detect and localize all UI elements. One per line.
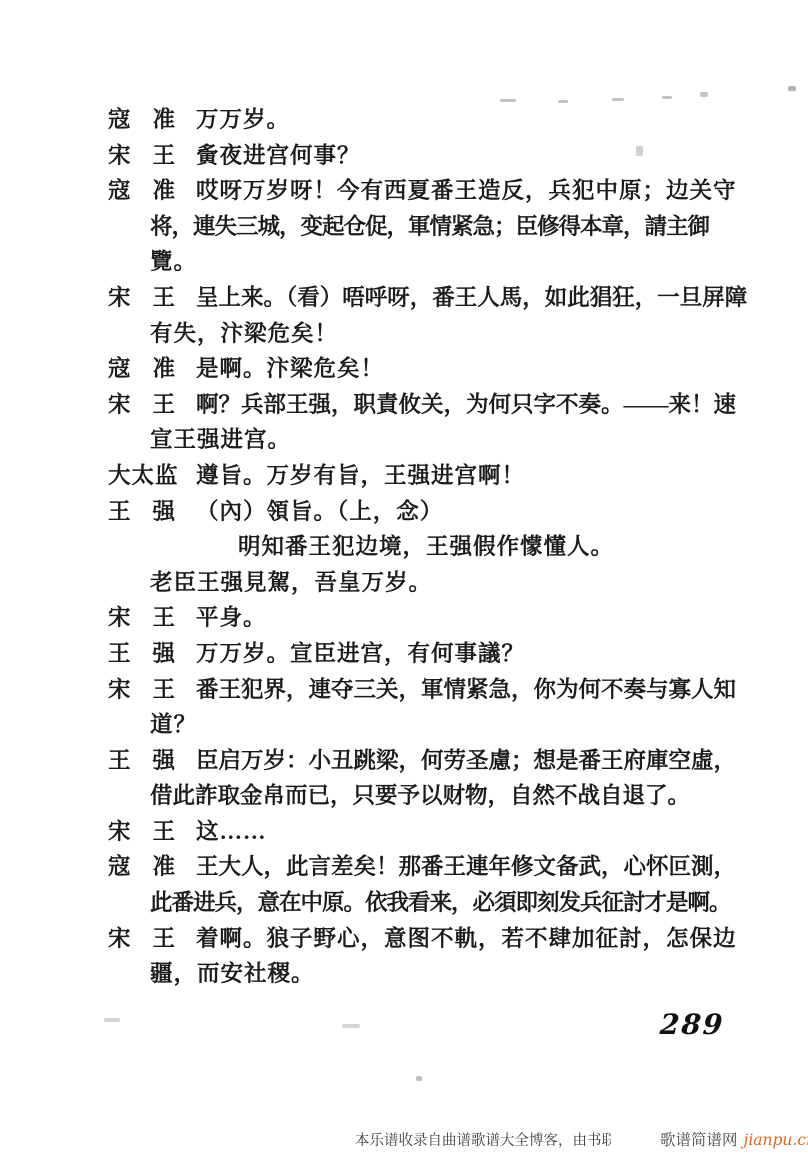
script-lines: 寇准万万岁。宋王夤夜进宫何事？寇准哎呀万岁呀！今有西夏番王造反，兵犯中原；边关守…: [0, 102, 808, 992]
speaker-name: 王强: [108, 636, 176, 672]
scan-artifact: [104, 1018, 120, 1022]
dialogue-text: 哎呀万岁呀！今有西夏番王造反，兵犯中原；边关守: [196, 173, 737, 209]
watermark-source-text: 本乐谱收录自曲谱歌谱大全博客，由书: [355, 1129, 602, 1150]
watermark-bar: 本乐谱收录自曲谱歌谱大全博客，由书联 歌谱简谱网jianpu.cn: [0, 1126, 808, 1150]
dialogue-text: 夤夜进宫何事？: [196, 138, 361, 174]
speaker-name: 寇准: [108, 351, 176, 387]
dialogue-text: 着啊。狼子野心，意图不軌，若不肆加征討，怎保边: [196, 921, 737, 957]
dialogue-text: 宣王强进宫。: [150, 422, 291, 458]
speaker-name: 大太监: [108, 458, 176, 494]
dialogue-text: 遵旨。万岁有旨，王强进宫啊！: [196, 458, 525, 494]
watermark-source-note: 本乐谱收录自曲谱歌谱大全博客，由书联: [355, 1129, 611, 1150]
scan-artifact: [700, 92, 708, 97]
page-number: 289: [659, 1008, 726, 1041]
dialogue-text: 老臣王强見駕，吾皇万岁。: [150, 565, 432, 601]
speaker-name: 宋王: [108, 814, 176, 850]
dialogue-text: 万万岁。宣臣进宫，有何事議？: [196, 636, 525, 672]
dialogue-text: 呈上来。（看）唔呼呀，番王人馬，如此猖狂，一旦屏障: [196, 280, 747, 316]
dialogue-text: 是啊。汴梁危矣！: [196, 351, 384, 387]
script-line: 覽。: [0, 244, 808, 280]
speaker-name: 寇准: [108, 849, 176, 885]
dialogue-text: 平身。: [196, 600, 267, 636]
scan-artifact: [612, 98, 624, 101]
dialogue-text: 啊？兵部王强，职責攸关，为何只字不奏。——来！速: [196, 387, 736, 423]
dialogue-text: 这……: [196, 814, 267, 850]
scan-artifact: [662, 96, 672, 99]
watermark-site: 歌谱简谱网jianpu.cn: [660, 1128, 808, 1150]
scan-artifact: [788, 86, 796, 91]
dialogue-text: 番王犯界，連夺三关，軍情紧急，你为何不奏与寡人知: [196, 672, 736, 708]
speaker-name: 宋王: [108, 921, 176, 957]
script-line: 宋王夤夜进宫何事？: [0, 138, 808, 174]
scanned-script-page: 寇准万万岁。宋王夤夜进宫何事？寇准哎呀万岁呀！今有西夏番王造反，兵犯中原；边关守…: [0, 0, 808, 1158]
script-line: 宋王呈上来。（看）唔呼呀，番王人馬，如此猖狂，一旦屏障: [0, 280, 808, 316]
speaker-name: 宋王: [108, 280, 176, 316]
speaker-name: 宋王: [108, 387, 176, 423]
dialogue-text: 覽。: [150, 244, 197, 280]
scan-artifact: [416, 1076, 422, 1081]
speaker-name: 宋王: [108, 672, 176, 708]
script-line: 寇准哎呀万岁呀！今有西夏番王造反，兵犯中原；边关守: [0, 173, 808, 209]
script-line: 王强臣启万岁：小丑跳梁，何劳圣慮；想是番王府庫空虛，: [0, 743, 808, 779]
scan-artifact: [500, 99, 516, 102]
script-line: 宋王啊？兵部王强，职責攸关，为何只字不奏。——来！速: [0, 387, 808, 423]
dialogue-text: （內）領旨。（上，念）: [196, 494, 443, 530]
script-line: 道？: [0, 707, 808, 743]
script-line: 宋王番王犯界，連夺三关，軍情紧急，你为何不奏与寡人知: [0, 672, 808, 708]
dialogue-text: 王大人，此言差矣！那番王連年修文备武，心怀叵測，: [196, 849, 736, 885]
script-line: 寇准万万岁。: [0, 102, 808, 138]
script-line: 将，連失三城，变起仓促，軍情紧急；臣修得本章，請主御: [0, 209, 808, 245]
dialogue-text: 将，連失三城，变起仓促，軍情紧急；臣修得本章，請主御: [150, 209, 709, 245]
dialogue-text: 道？: [150, 707, 197, 743]
script-line: 王强万万岁。宣臣进宫，有何事議？: [0, 636, 808, 672]
script-line: 老臣王强見駕，吾皇万岁。: [0, 565, 808, 601]
script-line: 寇准是啊。汴梁危矣！: [0, 351, 808, 387]
script-line: 王强（內）領旨。（上，念）: [0, 494, 808, 530]
speaker-name: 寇准: [108, 173, 176, 209]
script-line: 宋王这……: [0, 814, 808, 850]
script-line: 有失，汴梁危矣！: [0, 316, 808, 352]
dialogue-text: 此番进兵，意在中原。依我看来，必須即刻发兵征討才是啊。: [150, 885, 731, 921]
scan-artifact: [636, 146, 643, 156]
script-line: 宋王着啊。狼子野心，意图不軌，若不肆加征討，怎保边: [0, 921, 808, 957]
script-line: 宣王强进宫。: [0, 422, 808, 458]
script-line: 疆，而安社稷。: [0, 956, 808, 992]
scan-artifact: [558, 100, 568, 103]
script-line: 明知番王犯边境，王强假作懞懂人。: [0, 529, 808, 565]
watermark-site-url: jianpu.cn: [744, 1131, 808, 1149]
speaker-name: 寇准: [108, 102, 176, 138]
script-line: 此番进兵，意在中原。依我看来，必須即刻发兵征討才是啊。: [0, 885, 808, 921]
dialogue-text: 借此詐取金帛而已，只要予以财物，自然不战自退了。: [150, 778, 690, 814]
script-line: 宋王平身。: [0, 600, 808, 636]
speaker-name: 王强: [108, 743, 176, 779]
script-line: 寇准王大人，此言差矣！那番王連年修文备武，心怀叵測，: [0, 849, 808, 885]
dialogue-text: 臣启万岁：小丑跳梁，何劳圣慮；想是番王府庫空虛，: [196, 743, 736, 779]
script-line: 大太监遵旨。万岁有旨，王强进宫啊！: [0, 458, 808, 494]
dialogue-text: 有失，汴梁危矣！: [150, 316, 338, 352]
speaker-name: 宋王: [108, 600, 176, 636]
script-line: 借此詐取金帛而已，只要予以财物，自然不战自退了。: [0, 778, 808, 814]
speaker-name: 王强: [108, 494, 176, 530]
scan-artifact: [342, 1024, 360, 1028]
verse-text: 明知番王犯边境，王强假作懞懂人。: [238, 529, 614, 565]
watermark-clipped-char: 联: [602, 1129, 611, 1150]
dialogue-text: 疆，而安社稷。: [150, 956, 315, 992]
speaker-name: 宋王: [108, 138, 176, 174]
dialogue-text: 万万岁。: [196, 102, 290, 138]
watermark-site-name: 歌谱简谱网: [660, 1132, 738, 1149]
